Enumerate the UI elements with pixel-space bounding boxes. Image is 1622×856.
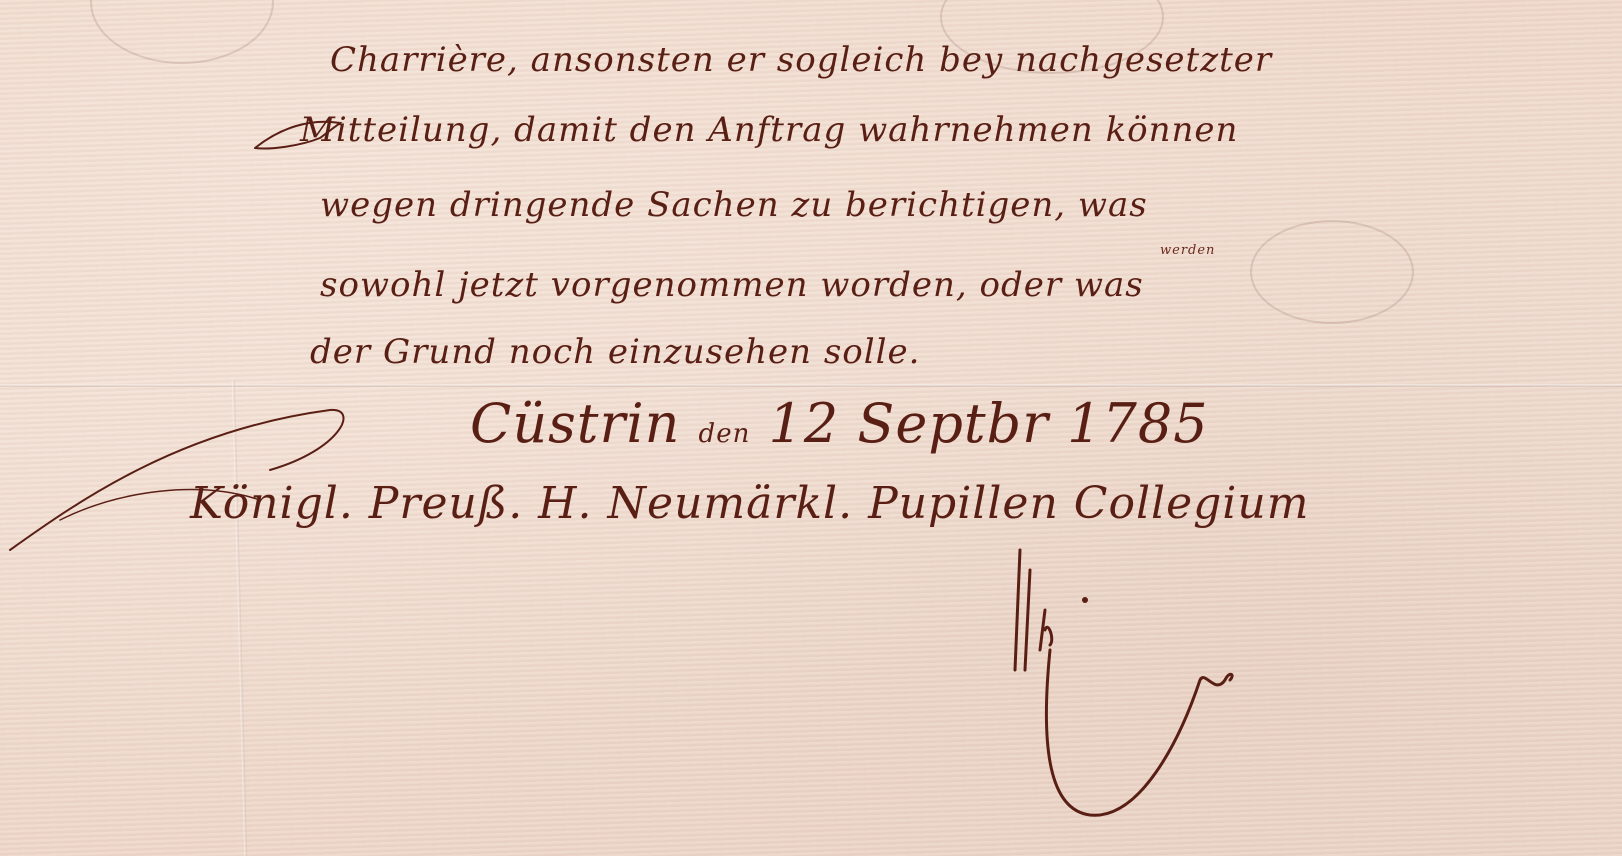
body-line-5: der Grund noch einzusehen solle.	[310, 332, 920, 372]
place-name: Cüstrin	[470, 392, 680, 455]
body-line-3: wegen dringende Sachen zu berichtigen, w…	[320, 185, 1148, 225]
date-year: 1785	[1067, 392, 1208, 455]
place-date-line: Cüstrin den 12 Septbr 1785	[470, 392, 1209, 455]
date-day: 12	[769, 392, 840, 455]
flourish-line2-lead-icon	[250, 108, 370, 158]
signature-monogram-icon	[990, 530, 1250, 830]
date-month: Septbr	[857, 392, 1049, 455]
insertion-word: werden	[1160, 243, 1215, 258]
body-line-2: Mitteilung, damit den Anftrag wahrnehmen…	[300, 110, 1238, 150]
flourish-left-swash-icon	[0, 390, 460, 590]
body-line-1: Charrière, ansonsten er sogleich bey nac…	[330, 40, 1272, 80]
date-connector: den	[699, 419, 751, 449]
paper-fold-horizontal	[0, 384, 1622, 387]
body-line-4: sowohl jetzt vorgenommen worden, oder wa…	[320, 265, 1144, 305]
bleed-through-mark	[1250, 220, 1414, 324]
